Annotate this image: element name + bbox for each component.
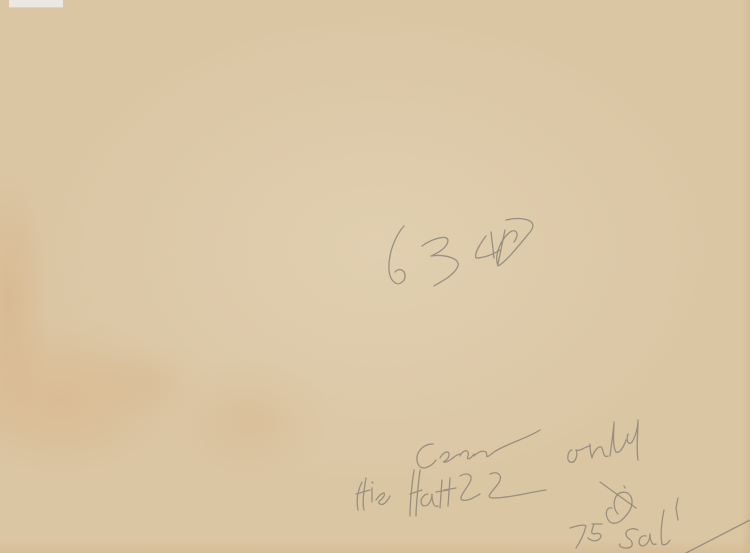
pencil-handwriting: [0, 0, 750, 553]
paper-sheet: 6340 His Carr Hatt 22 only 75 ⊘ Sal.: [0, 0, 750, 553]
